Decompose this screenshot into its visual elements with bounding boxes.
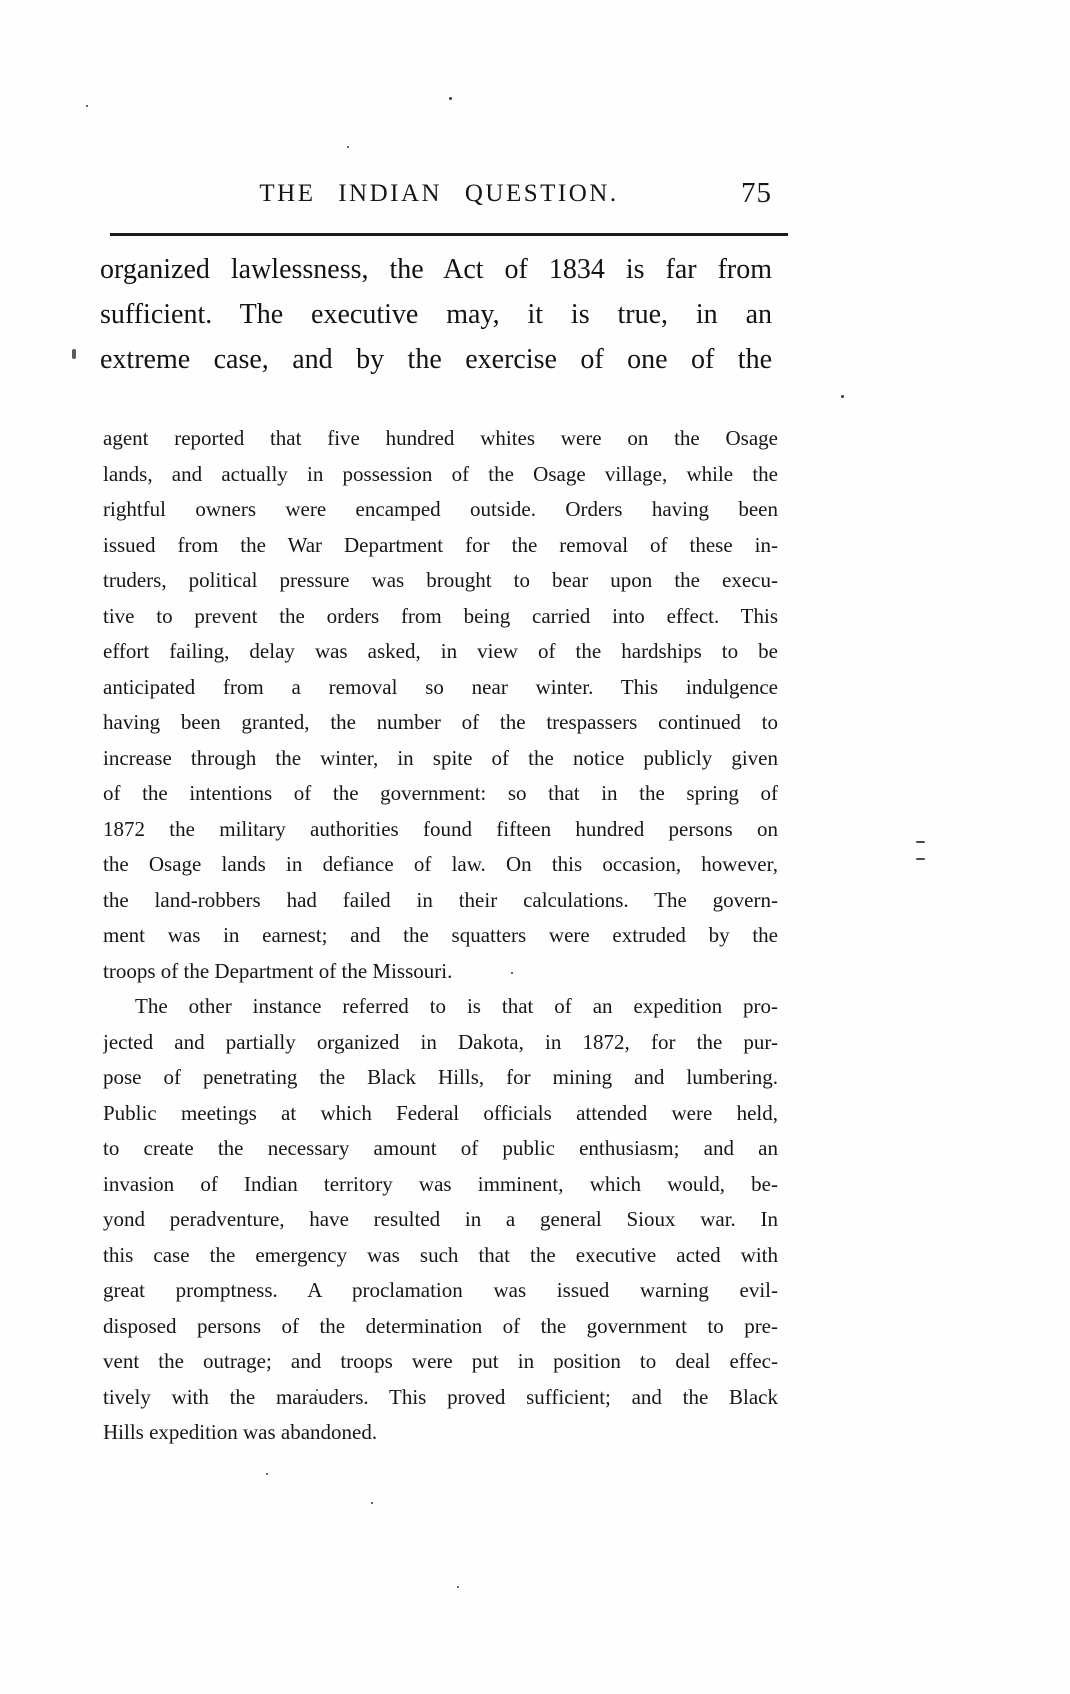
scan-speck <box>266 1473 268 1475</box>
text-line: the Osage lands in defiance of law. On t… <box>103 847 778 883</box>
footnote-paragraph-1: agent reported that five hundred whites … <box>103 421 778 989</box>
footnote-paragraph-2: The other instance referred to is that o… <box>103 989 778 1451</box>
text-line: The other instance referred to is that o… <box>103 989 778 1025</box>
text-line: Public meetings at which Federal officia… <box>103 1096 778 1132</box>
text-line: having been granted, the number of the t… <box>103 705 778 741</box>
text-line: tively with the marauders. This proved s… <box>103 1380 778 1416</box>
scan-speck <box>511 972 513 974</box>
text-line: anticipated from a removal so near winte… <box>103 670 778 706</box>
text-line: yond peradventure, have resulted in a ge… <box>103 1202 778 1238</box>
text-line: troops of the Department of the Missouri… <box>103 954 778 990</box>
text-line: increase through the winter, in spite of… <box>103 741 778 777</box>
scan-speck <box>449 97 452 100</box>
text-line: jected and partially organized in Dakota… <box>103 1025 778 1061</box>
scan-mark <box>916 841 925 843</box>
text-line: ment was in earnest; and the squatters w… <box>103 918 778 954</box>
text-line: issued from the War Department for the r… <box>103 528 778 564</box>
scan-speck <box>86 105 88 107</box>
scan-mark <box>916 858 925 860</box>
header-rule <box>110 233 788 236</box>
footnote-block: agent reported that five hundred whites … <box>103 421 778 1451</box>
text-line: extreme case, and by the exercise of one… <box>100 337 772 382</box>
text-line: rightful owners were encamped outside. O… <box>103 492 778 528</box>
scan-speck <box>347 146 349 148</box>
text-line: Hills expedition was abandoned. <box>103 1415 778 1451</box>
running-header: THE INDIAN QUESTION. 75 <box>100 180 778 214</box>
text-line: effort failing, delay was asked, in view… <box>103 634 778 670</box>
scan-mark <box>72 349 76 359</box>
text-line: organized lawlessness, the Act of 1834 i… <box>100 247 772 292</box>
scan-speck <box>457 1586 459 1588</box>
text-line: agent reported that five hundred whites … <box>103 421 778 457</box>
page-number: 75 <box>741 177 772 210</box>
scan-speck <box>316 1389 318 1391</box>
scan-speck <box>371 1502 373 1504</box>
text-line: this case the emergency was such that th… <box>103 1238 778 1274</box>
text-line: lands, and actually in possession of the… <box>103 457 778 493</box>
text-line: sufficient. The executive may, it is tru… <box>100 292 772 337</box>
text-line: pose of penetrating the Black Hills, for… <box>103 1060 778 1096</box>
text-line: invasion of Indian territory was imminen… <box>103 1167 778 1203</box>
main-paragraph: organized lawlessness, the Act of 1834 i… <box>100 247 772 382</box>
text-line: great promptness. A proclamation was iss… <box>103 1273 778 1309</box>
text-line: disposed persons of the determination of… <box>103 1309 778 1345</box>
text-line: the land-robbers had failed in their cal… <box>103 883 778 919</box>
scan-speck <box>841 395 844 398</box>
book-page: THE INDIAN QUESTION. 75 organized lawles… <box>0 0 1070 1694</box>
text-line: truders, political pressure was brought … <box>103 563 778 599</box>
text-line: vent the outrage; and troops were put in… <box>103 1344 778 1380</box>
text-line: tive to prevent the orders from being ca… <box>103 599 778 635</box>
text-line: of the intentions of the government: so … <box>103 776 778 812</box>
page-title: THE INDIAN QUESTION. <box>259 180 618 207</box>
text-line: to create the necessary amount of public… <box>103 1131 778 1167</box>
text-line: 1872 the military authorities found fift… <box>103 812 778 848</box>
